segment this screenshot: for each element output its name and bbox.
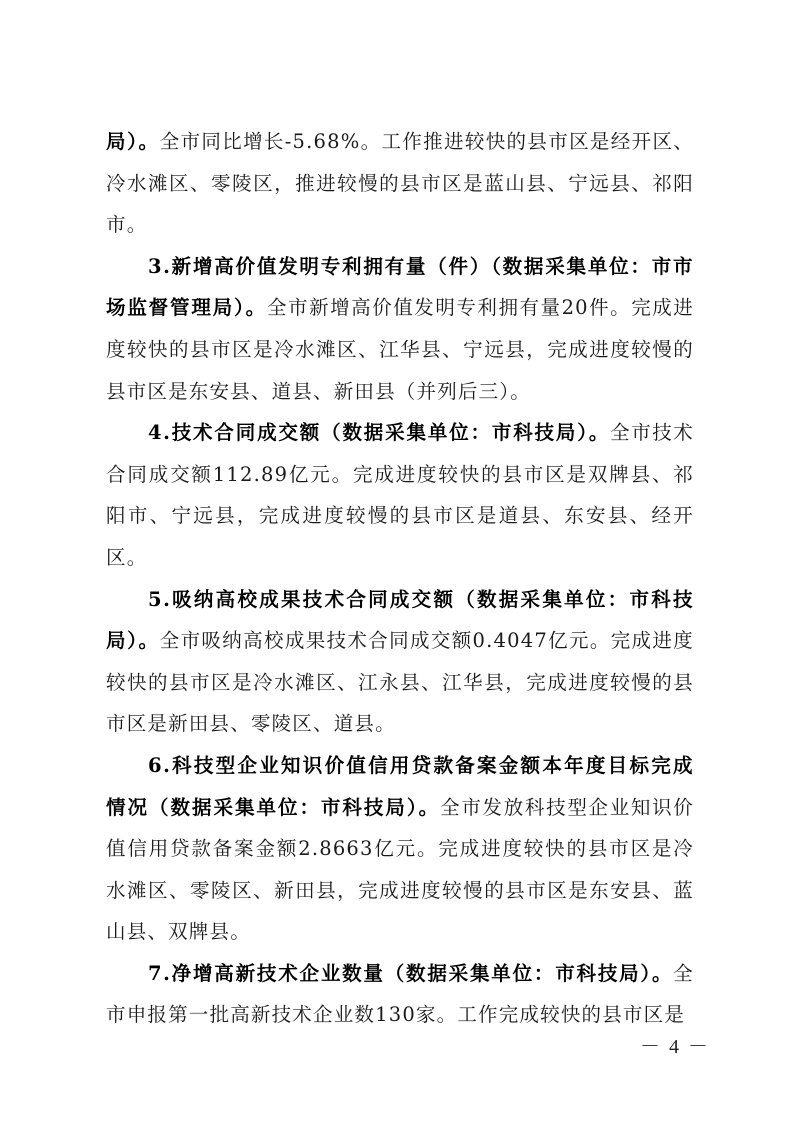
paragraph-item-6-credit-loans: 6.科技型企业知识价值信用贷款备案金额本年度目标完成情况（数据采集单位：市科技局… (106, 745, 694, 953)
paragraph-item-5-university-contracts: 5.吸纳高校成果技术合同成交额（数据采集单位：市科技局）。全市吸纳高校成果技术合… (106, 579, 694, 745)
paragraph-item-4-tech-contracts: 4.技术合同成交额（数据采集单位：市科技局）。全市技术合同成交额112.89亿元… (106, 412, 694, 578)
paragraph-heading: 7.净增高新技术企业数量（数据采集单位：市科技局）。 (148, 962, 673, 985)
paragraph-heading: 局）。 (106, 130, 160, 153)
page-number: － 4 － (640, 1030, 710, 1059)
paragraph-item-3-patents: 3.新增高价值发明专利拥有量（件）（数据采集单位：市市场监督管理局）。全市新增高… (106, 246, 694, 412)
document-page: 局）。全市同比增长-5.68%。工作推进较快的县市区是经开区、冷水滩区、零陵区，… (106, 121, 694, 1036)
paragraph-body: 全市吸纳高校成果技术合同成交额0.4047亿元。完成进度较快的县市区是冷水滩区、… (106, 629, 694, 735)
paragraph-heading: 4.技术合同成交额（数据采集单位：市科技局）。 (148, 421, 610, 444)
paragraph-body: 全市同比增长-5.68%。工作推进较快的县市区是经开区、冷水滩区、零陵区，推进较… (106, 130, 694, 236)
paragraph-item-7-high-tech-enterprises: 7.净增高新技术企业数量（数据采集单位：市科技局）。全市申报第一批高新技术企业数… (106, 953, 694, 1036)
paragraph-continuation-growth: 局）。全市同比增长-5.68%。工作推进较快的县市区是经开区、冷水滩区、零陵区，… (106, 121, 694, 246)
